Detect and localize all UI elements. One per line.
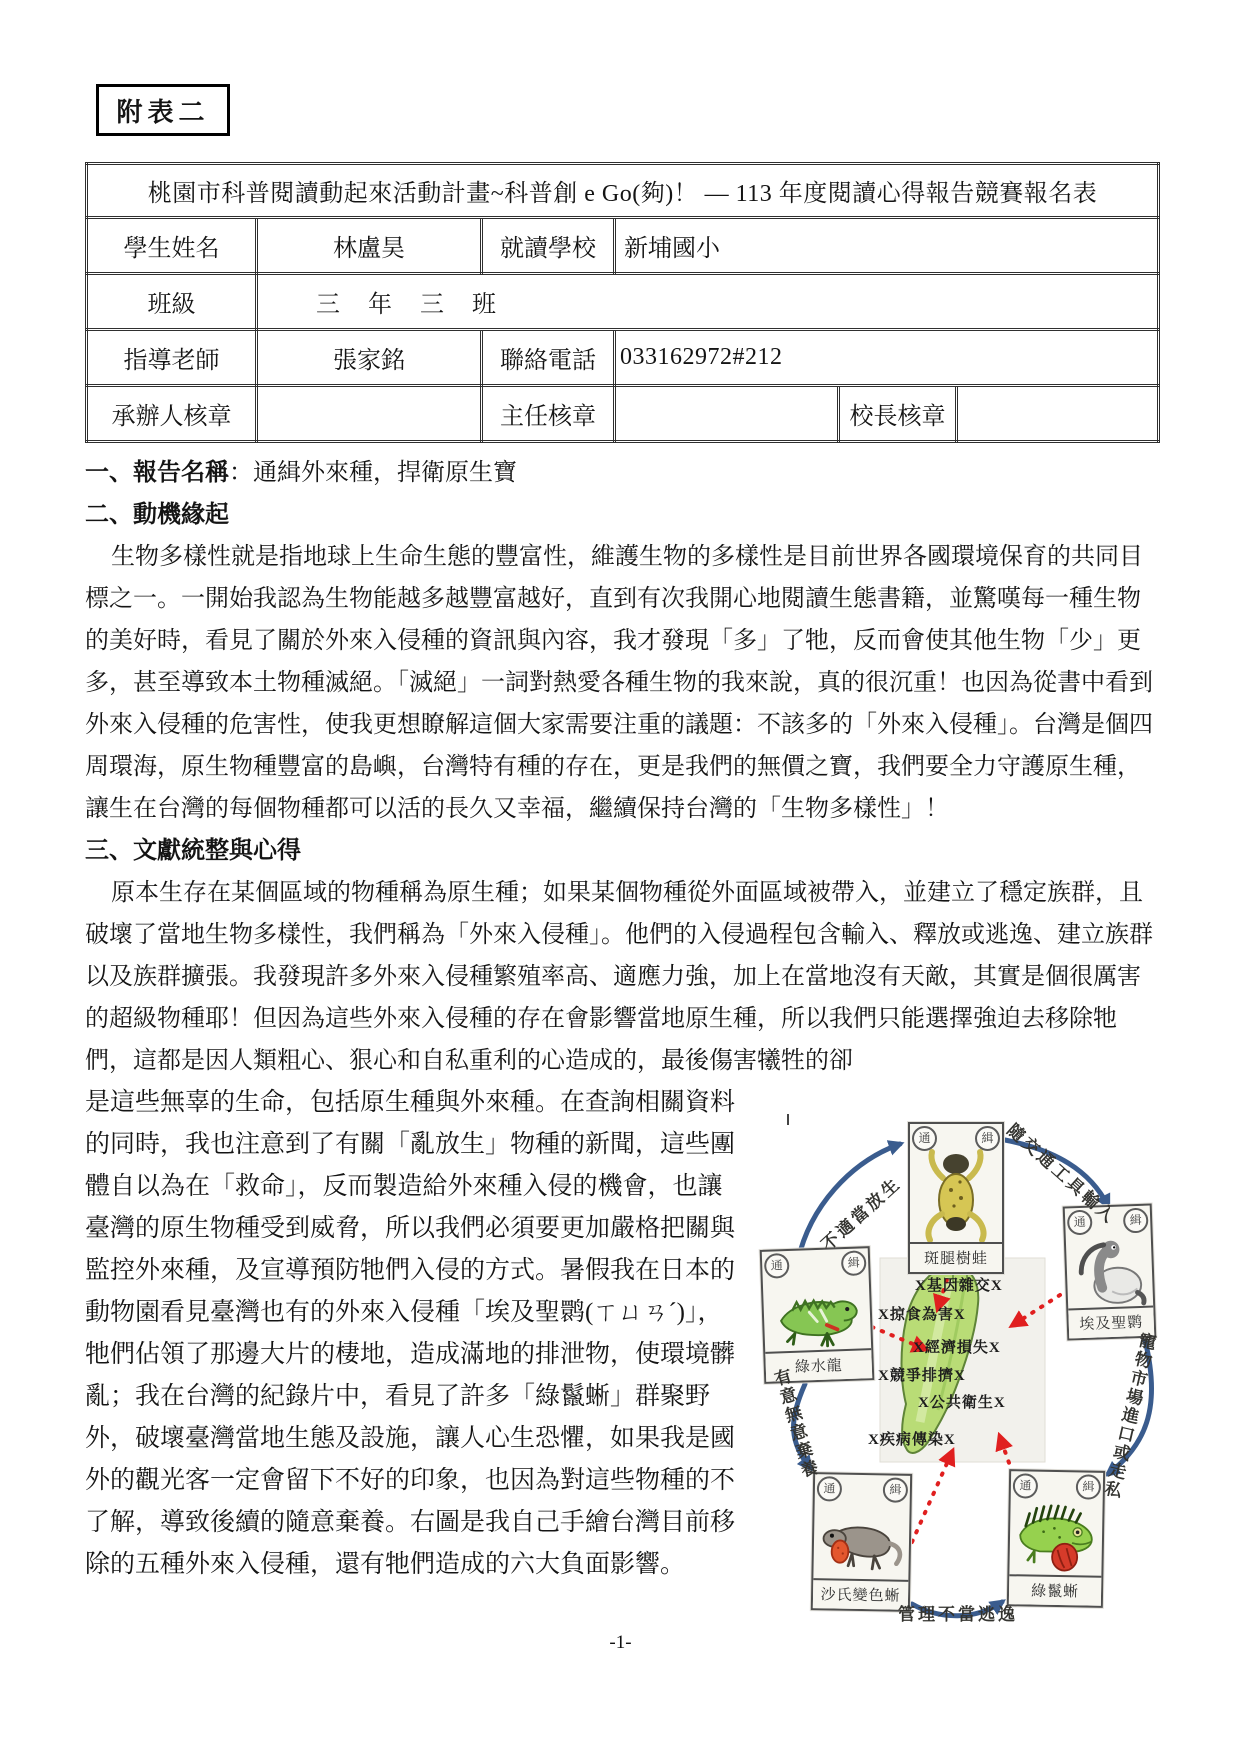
class-value: 三 年 三 班: [257, 274, 1159, 330]
teacher-value: 張家銘: [257, 330, 482, 386]
student-name-label: 學生姓名: [87, 218, 257, 274]
water-dragon-drawing: [766, 1272, 869, 1351]
form-row-seals: 承辦人核章 主任核章 校長核章: [87, 386, 1159, 442]
hand-drawn-invasive-species-diagram: X基因雜交X X掠食為害X X經濟損失X X競爭排擠X X公共衛生X X疾病傳染…: [750, 1112, 1165, 1627]
phone-label: 聯絡電話: [482, 330, 615, 386]
impact-economic-loss: X經濟損失X: [913, 1336, 1001, 1357]
form-title-row: 桃園市科普閱讀動起來活動計畫~科普創 e Go(夠)！ — 113 年度閱讀心得…: [87, 164, 1159, 218]
report-title-text: ：通緝外來種，捍衛原生寶: [229, 460, 517, 486]
wanted-card-water-dragon: 通 緝 綠水龍: [760, 1246, 875, 1384]
appendix-label-box: 附表二: [96, 84, 230, 136]
appendix-label: 附表二: [116, 92, 209, 129]
teacher-label: 指導老師: [87, 330, 257, 386]
form-row-class: 班級 三 年 三 班: [87, 274, 1159, 330]
impact-competition: X競爭排擠X: [878, 1364, 966, 1385]
staff-seal-label: 承辦人核章: [87, 386, 257, 442]
card-label-frog: 斑腿樹蛙: [910, 1242, 1002, 1272]
literature-paragraph-wrap: 是這些無辜的生命，包括原生種與外來種。在查詢相關資料的同時，我也注意到了有關「亂…: [85, 1082, 747, 1586]
wanted-card-frog: 通 緝 斑腿樹蛙: [908, 1122, 1004, 1274]
director-seal-label: 主任核章: [482, 386, 615, 442]
form-row-teacher: 指導老師 張家銘 聯絡電話 033162972#212: [87, 330, 1159, 386]
anole-drawing: [816, 1498, 906, 1580]
iguana-drawing: [1012, 1495, 1099, 1575]
page-number: -1-: [0, 1632, 1241, 1654]
registration-form-table: 桃園市科普閱讀動起來活動計畫~科普創 e Go(夠)！ — 113 年度閱讀心得…: [85, 162, 1160, 443]
impact-disease: X疾病傳染X: [868, 1428, 956, 1449]
impact-public-health: X公共衛生X: [918, 1391, 1006, 1412]
section1-line: 一、報告名稱：通緝外來種，捍衛原生寶: [85, 452, 1157, 494]
wanted-card-anole: 通 緝 沙氏變色蜥: [811, 1472, 912, 1612]
staff-seal-cell: [257, 386, 482, 442]
frog-drawing: [913, 1148, 999, 1244]
section2-heading: 二、動機緣起: [85, 494, 1157, 536]
form-row-student: 學生姓名 林盧昊 就讀學校 新埔國小: [87, 218, 1159, 274]
class-label: 班級: [87, 274, 257, 330]
phone-value: 033162972#212: [615, 330, 1159, 386]
document-page: 附表二 桃園市科普閱讀動起來活動計畫~科普創 e Go(夠)！ — 113 年度…: [0, 0, 1241, 1755]
section3-heading: 三、文獻統整與心得: [85, 830, 1157, 872]
card-label-iguana: 綠鬣蜥: [1009, 1574, 1102, 1606]
principal-seal-cell: [957, 386, 1159, 442]
wanted-card-iguana: 通 緝 綠鬣蜥: [1007, 1469, 1105, 1608]
stray-mark: [787, 1114, 789, 1125]
ibis-drawing: [1069, 1230, 1151, 1309]
school-label: 就讀學校: [482, 218, 615, 274]
student-name-value: 林盧昊: [257, 218, 482, 274]
literature-paragraph-lead: 原本生存在某個區域的物種稱為原生種；如果某個物種從外面區域被帶入，並建立了穩定族…: [85, 872, 1157, 1082]
pathway-escape: 管理不當逃逸: [898, 1600, 1018, 1625]
motivation-paragraph: 生物多樣性就是指地球上生命生態的豐富性，維護生物的多樣性是目前世界各國環境保育的…: [85, 536, 1157, 830]
impact-predation: X掠食為害X: [878, 1303, 966, 1324]
form-title: 桃園市科普閱讀動起來活動計畫~科普創 e Go(夠)！ — 113 年度閱讀心得…: [87, 164, 1159, 218]
school-value: 新埔國小: [615, 218, 1159, 274]
card-label-anole: 沙氏變色蜥: [813, 1578, 909, 1610]
impact-gene-hybridization: X基因雜交X: [915, 1274, 1003, 1295]
section1-heading: 一、報告名稱: [85, 460, 229, 486]
principal-seal-label: 校長核章: [839, 386, 957, 442]
director-seal-cell: [615, 386, 839, 442]
